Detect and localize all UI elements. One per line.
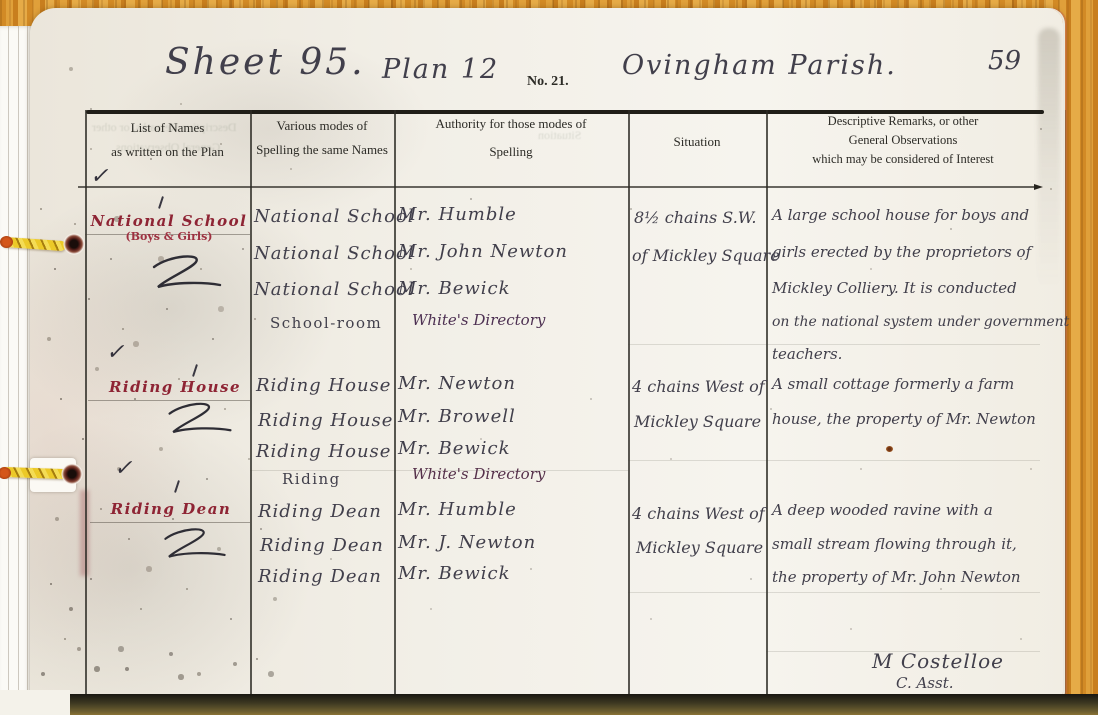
table-border-left [85,110,87,698]
remarks-line: A large school house for boys and [772,206,1029,224]
situation-line: 4 chains West of [632,377,765,396]
spelling-entry: Riding Dean [258,501,382,522]
remarks-line: Mickley Colliery. It is conducted [772,279,1017,297]
page-edge-line [8,26,9,715]
ledger-page: Sheet 95. Plan 12 No. 21. Ovingham Paris… [30,8,1063,698]
col-header-authority-2: Spelling [394,144,628,160]
plan-label: Plan 12 [382,54,499,85]
authority-entry: Mr. Bewick [398,563,511,584]
remarks-line: the property of Mr. John Newton [772,568,1021,586]
page-crease-line [1065,110,1066,698]
spelling-entry: National School [254,243,415,264]
situation-line: 4 chains West of [632,504,765,523]
authority-entry: Mr. Humble [398,499,517,520]
col-header-names-2: as written on the Plan [85,144,250,160]
remarks-line: A deep wooded ravine with a [772,501,993,519]
binding-hole [63,233,85,255]
situation-line: of Mickley Square [632,246,780,265]
plan-name: Riding Dean [96,500,246,518]
column-divider [394,110,396,698]
column-divider [628,110,630,698]
ruled-line [628,592,1040,593]
binding-thread-tip [0,236,13,248]
number-label: No. 21. [527,74,569,90]
pen-stroke [192,364,198,377]
page-number: 59 [988,46,1021,76]
spelling-entry: National School [254,206,415,227]
pen-stroke [158,196,164,209]
col-header-names-1: List of Names [85,120,250,136]
authority-entry: Mr. John Newton [398,241,568,262]
parish-title: Ovingham Parish. [622,50,897,81]
rule-arrow-tip [1034,184,1043,190]
plan-name: National School [88,212,250,230]
col-header-remarks-2: General Observations [766,133,1040,148]
remarks-line: house, the property of Mr. Newton [772,410,1036,428]
spelling-entry: Riding House [258,410,393,431]
remarks-line: small stream flowing through it, [772,535,1017,553]
spelling-entry: Riding Dean [260,535,384,556]
col-header-authority-1: Authority for those modes of [394,116,628,132]
remarks-line: A small cottage formerly a farm [772,375,1014,393]
spelling-entry: Riding House [256,441,391,462]
column-divider [250,110,252,698]
authority-entry: White's Directory [412,465,545,483]
page-edge-line [27,26,28,715]
scanned-ledger-photo: Sheet 95. Plan 12 No. 21. Ovingham Paris… [0,0,1098,715]
authority-entry: Mr. Bewick [398,438,511,459]
col-header-spelling-1: Various modes of [250,118,394,134]
column-divider [766,110,768,698]
situation-line: 8½ chains S.W. [634,208,757,227]
authority-entry: Mr. Browell [398,406,516,427]
surveyor-signature: M Costelloe [872,649,1004,673]
remarks-line: girls erected by the proprietors of [772,243,1031,261]
check-mark: ✓ [106,340,124,365]
plan-name: Riding House [100,378,250,396]
authority-entry: Mr. Newton [398,373,516,394]
col-header-remarks-1: Descriptive Remarks, or other [766,114,1040,129]
remarks-line: on the national system under government [772,314,1069,330]
spelling-entry: Riding Dean [258,566,382,587]
spelling-entry: Riding [282,470,341,488]
authority-entry: White's Directory [412,311,545,329]
page-edge-line [18,26,19,715]
check-mark: ✓ [90,164,108,189]
pen-flourish [148,253,226,297]
pen-flourish [164,400,236,442]
remarks-line: teachers. [772,345,842,363]
binding-hole [61,463,83,485]
situation-line: Mickley Square [636,538,763,557]
authority-entry: Mr. Bewick [398,278,511,299]
spelling-entry: School-room [270,314,382,332]
plan-name-note: (Boys & Girls) [88,230,250,243]
ruled-line [90,522,250,523]
book-bottom-edge [60,694,1098,715]
edge-smudge [1038,28,1060,288]
authority-entry: Mr. J. Newton [398,532,536,553]
book-bottom-pages [0,690,70,715]
col-header-situation: Situation [628,134,766,150]
ink-blot [886,446,893,452]
spelling-entry: National School [254,279,415,300]
pen-stroke [174,480,180,493]
situation-line: Mickley Square [634,412,761,431]
sheet-label: Sheet 95. [165,42,366,83]
pen-flourish [160,526,230,566]
book-page-edges [0,26,34,715]
authority-entry: Mr. Humble [398,204,517,225]
surveyor-role: C. Asst. [896,674,954,692]
spelling-entry: Riding House [256,375,391,396]
ruled-line [628,460,1040,461]
col-header-remarks-3: which may be considered of Interest [766,152,1040,167]
col-header-spelling-2: Spelling the same Names [250,142,394,158]
page-blotches [30,8,32,10]
header-bottom-rule [78,186,1040,188]
check-mark: ✓ [114,456,132,481]
